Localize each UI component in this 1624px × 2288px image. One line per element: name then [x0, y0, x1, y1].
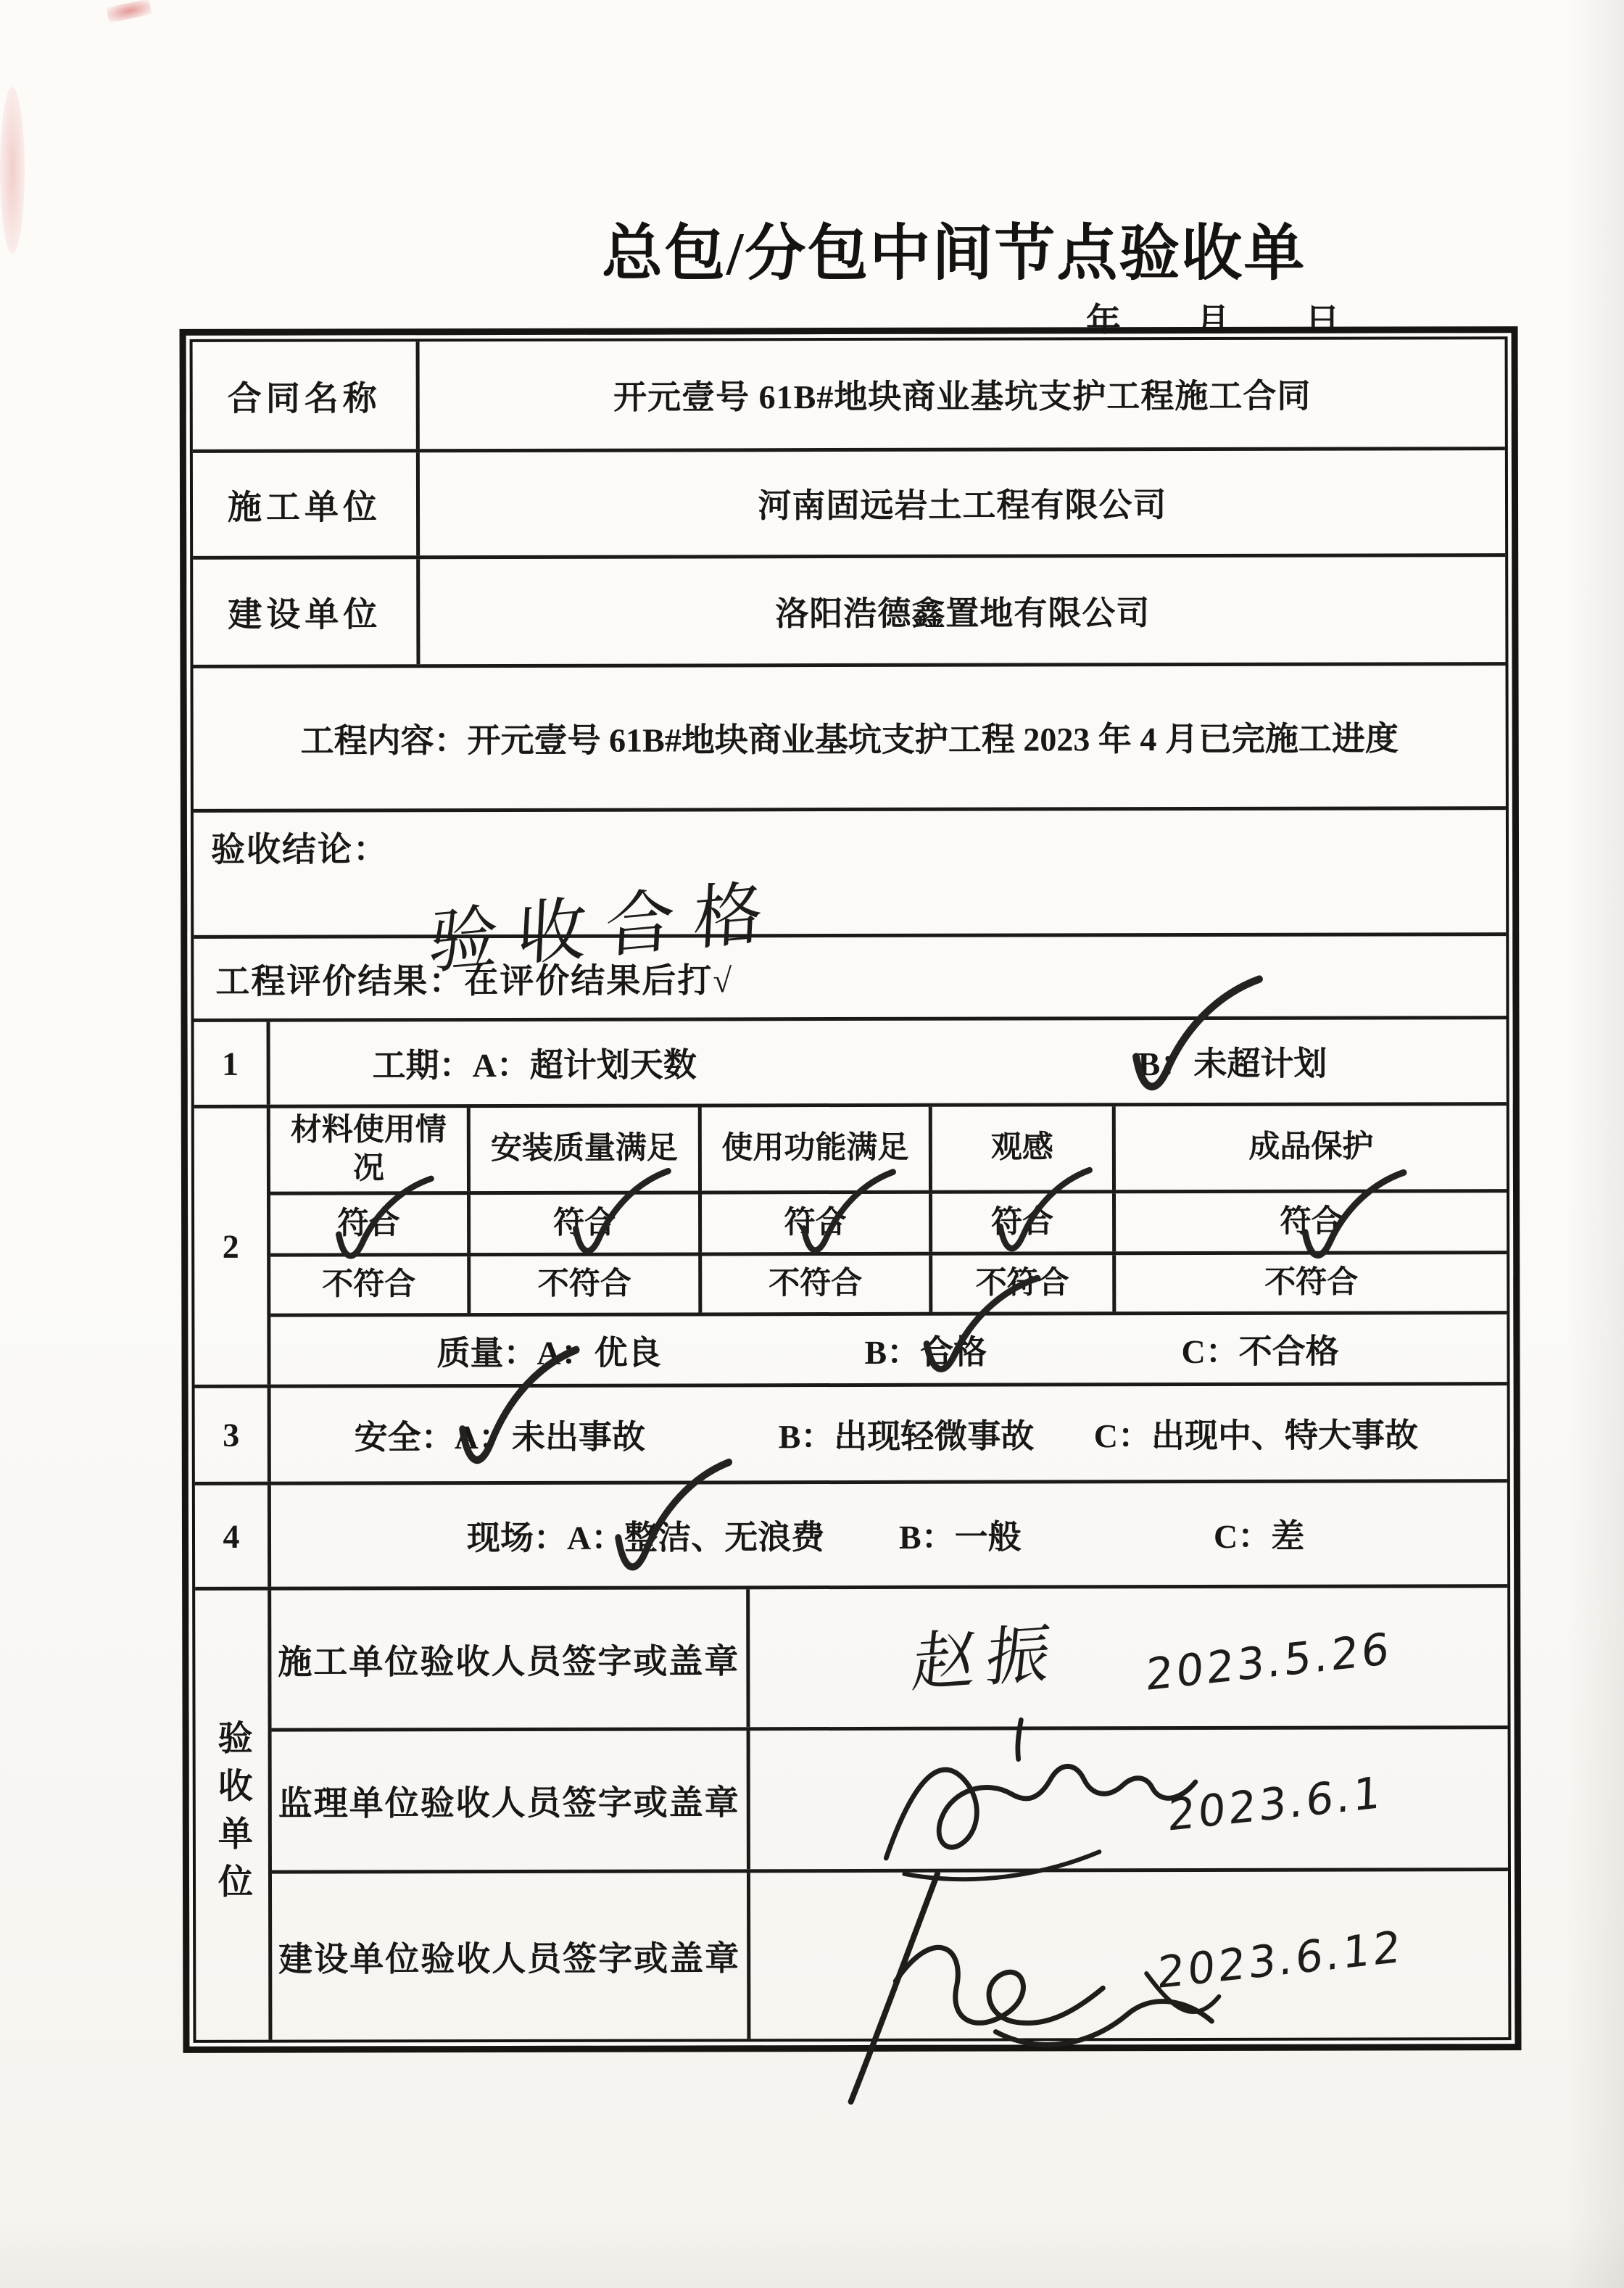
evaluation-instruction: 工程评价结果：在评价结果后打√: [194, 936, 1506, 1019]
criterion-4-option-c: C：差: [1214, 1510, 1304, 1558]
pass-5: 符合: [1280, 1203, 1343, 1241]
owner-signature-date: 2023.6.12: [1156, 1921, 1404, 1999]
scanned-form-page: 总包/分包中间节点验收单 年 月 日 合同名称 开元壹号 61B#地块商业基坑支…: [0, 0, 1624, 2288]
criterion-1-cell: 工期：A：超计划天数 B：未超计划: [270, 1019, 1507, 1105]
constructor-signature-area: 赵振 2023.5.26: [750, 1588, 1507, 1727]
pass-2-text: 符合: [553, 1206, 616, 1240]
contract-name-value: 开元壹号 61B#地块商业基坑支护工程施工合同: [420, 339, 1505, 449]
criterion-2-header-row: 材料使用情况 安装质量满足 使用功能满足 观感 成品保护: [270, 1106, 1507, 1195]
criterion-4-number: 4: [195, 1485, 271, 1587]
owner-value: 洛阳浩德鑫置地有限公司: [420, 557, 1505, 664]
pass-3: 符合: [784, 1204, 847, 1243]
constructor-value: 河南固远岩土工程有限公司: [420, 450, 1505, 555]
owner-signature-area: 2023.6.12: [750, 1871, 1508, 2039]
fail-cell-3: 不符合: [702, 1256, 932, 1313]
evaluation-instruction-row: 工程评价结果：在评价结果后打√: [194, 936, 1506, 1022]
owner-row: 建设单位 洛阳浩德鑫置地有限公司: [193, 557, 1505, 668]
supervisor-signature-label: 监理单位验收人员签字或盖章: [272, 1730, 750, 1870]
acceptance-form-table: 合同名称 开元壹号 61B#地块商业基坑支护工程施工合同 施工单位 河南固远岩土…: [180, 326, 1522, 2053]
criterion-1-option-b: B：未超计划: [1138, 1037, 1327, 1086]
pass-5-text: 符合: [1280, 1204, 1343, 1238]
constructor-signature-date: 2023.5.26: [1145, 1623, 1393, 1701]
contract-name-label: 合同名称: [193, 341, 420, 449]
criterion-3-cell: 安全：A：未出事故 B：出现轻微事故 C：出现中、特大事故: [271, 1385, 1507, 1482]
criterion-3-number: 3: [195, 1388, 271, 1482]
fail-cell-1: 不符合: [270, 1256, 471, 1314]
project-content-value: 开元壹号 61B#地块商业基坑支护工程 2023 年 4 月已完施工进度: [468, 712, 1399, 762]
criterion-1-option-b-text: B：未超计划: [1138, 1045, 1327, 1083]
supervisor-signature-area: 2023.6.1: [750, 1729, 1508, 1869]
quality-option-b-text: B：合格: [864, 1333, 987, 1370]
scan-bottom-shadow: [0, 2223, 1624, 2288]
owner-label: 建设单位: [193, 559, 420, 665]
pass-cell-1: 符合: [270, 1195, 471, 1253]
criterion-4-option-a-text: A：整洁、无浪费: [567, 1519, 824, 1557]
constructor-signature-label: 施工单位验收人员签字或盖章: [271, 1589, 750, 1728]
col-function: 使用功能满足: [702, 1107, 932, 1191]
constructor-label: 施工单位: [193, 452, 420, 556]
criterion-3-option-a-text: A：未出事故: [455, 1418, 645, 1456]
pass-4: 符合: [991, 1203, 1053, 1242]
criterion-3-option-b: B：出现轻微事故: [779, 1409, 1035, 1458]
criterion-2-fail-row: 不符合 不符合 不符合 不符合 不符合: [270, 1254, 1507, 1317]
col-material-usage: 材料使用情况: [270, 1108, 471, 1192]
col-product-protection: 成品保护: [1116, 1106, 1507, 1190]
conclusion-cell: 验收结论： 验收合格: [194, 810, 1506, 935]
project-content-label: 工程内容：: [301, 714, 468, 762]
criterion-2-number: 2: [194, 1108, 271, 1385]
criterion-1-number: 1: [194, 1022, 270, 1105]
scan-artifact-pink-streak: [0, 87, 25, 254]
quality-grade-row: 质量：A：优良 B：合格 C：不合格: [270, 1314, 1507, 1385]
contract-name-row: 合同名称 开元壹号 61B#地块商业基坑支护工程施工合同: [193, 339, 1505, 453]
criterion-row-3: 3 安全：A：未出事故 B：出现轻微事故 C：出现中、特大事故: [195, 1385, 1507, 1485]
fail-cell-4: 不符合: [932, 1255, 1116, 1312]
conclusion-row: 验收结论： 验收合格: [194, 810, 1506, 939]
criterion-4-label: 现场：A：整洁、无浪费: [467, 1511, 824, 1559]
quality-label: 质量：A：优良: [436, 1326, 660, 1375]
quality-option-c: C：不合格: [1181, 1325, 1338, 1372]
acceptance-signature-section: 验收单位 施工单位验收人员签字或盖章 赵振 2023.5.26 监理单位验收人员…: [195, 1588, 1508, 2040]
criterion-3-label: 安全：A：未出事故: [355, 1410, 645, 1459]
criterion-4-label-text: 现场：: [467, 1520, 567, 1557]
criterion-row-1: 1 工期：A：超计划天数 B：未超计划: [194, 1019, 1507, 1108]
criterion-3-option-c: C：出现中、特大事故: [1094, 1409, 1418, 1457]
pass-cell-2: 符合: [471, 1194, 702, 1253]
criterion-row-2: 2 材料使用情况 安装质量满足 使用功能满足 观感 成品保护 符合: [194, 1106, 1507, 1388]
scan-artifact-pink-mark: [106, 0, 152, 23]
pass-cell-5: 符合: [1116, 1193, 1507, 1251]
signature-rows: 施工单位验收人员签字或盖章 赵振 2023.5.26 监理单位验收人员签字或盖章: [271, 1588, 1508, 2040]
criterion-1-label: 工期：A：超计划天数: [373, 1038, 697, 1087]
pass-4-text: 符合: [991, 1205, 1053, 1239]
owner-signature-label: 建设单位验收人员签字或盖章: [272, 1873, 750, 2039]
col-install-quality: 安装质量满足: [471, 1107, 702, 1191]
criterion-4-cell: 现场：A：整洁、无浪费 B：一般 C：差: [271, 1483, 1507, 1587]
criterion-3-label-text: 安全：: [355, 1419, 455, 1456]
constructor-row: 施工单位 河南固远岩土工程有限公司: [193, 450, 1505, 560]
supervisor-signature-date: 2023.6.1: [1167, 1767, 1384, 1841]
acceptance-side-label: 验收单位: [207, 1720, 257, 1911]
pass-cell-3: 符合: [702, 1194, 932, 1253]
conclusion-label: 验收结论：: [211, 820, 1488, 871]
pass-3-text: 符合: [784, 1206, 847, 1240]
pass-1-text: 符合: [338, 1206, 400, 1240]
fail-cell-2: 不符合: [471, 1256, 702, 1313]
pass-1: 符合: [338, 1205, 400, 1243]
constructor-signature-name: 赵振: [908, 1601, 1066, 1704]
constructor-signature-row: 施工单位验收人员签字或盖章 赵振 2023.5.26: [271, 1588, 1507, 1732]
project-content-cell: 工程内容： 开元壹号 61B#地块商业基坑支护工程 2023 年 4 月已完施工…: [193, 666, 1505, 809]
criterion-2-pass-row: 符合 符合: [270, 1193, 1507, 1257]
form-title: 总包/分包中间节点验收单: [602, 204, 1298, 292]
col-appearance: 观感: [932, 1106, 1116, 1190]
pass-2: 符合: [553, 1204, 616, 1243]
fail-cell-5: 不符合: [1116, 1254, 1507, 1311]
criterion-4-option-a: A：整洁、无浪费: [567, 1511, 824, 1559]
owner-signature-row: 建设单位验收人员签字或盖章 2023.6.12: [272, 1871, 1508, 2040]
scan-edge-shadow: [1566, 0, 1624, 2288]
supervisor-signature-row: 监理单位验收人员签字或盖章 2023.6.1: [272, 1729, 1508, 1874]
acceptance-side-cell: 验收单位: [195, 1591, 272, 2040]
pass-cell-4: 符合: [932, 1193, 1116, 1252]
criterion-2-grid: 材料使用情况 安装质量满足 使用功能满足 观感 成品保护 符合: [270, 1106, 1507, 1385]
criterion-row-4: 4 现场：A：整洁、无浪费 B：一般 C：差: [195, 1483, 1507, 1591]
criterion-4-option-b: B：一般: [899, 1511, 1022, 1559]
project-content-row: 工程内容： 开元壹号 61B#地块商业基坑支护工程 2023 年 4 月已完施工…: [193, 666, 1505, 813]
criterion-3-option-a: A：未出事故: [455, 1410, 645, 1459]
quality-option-b: B：合格: [864, 1325, 987, 1373]
